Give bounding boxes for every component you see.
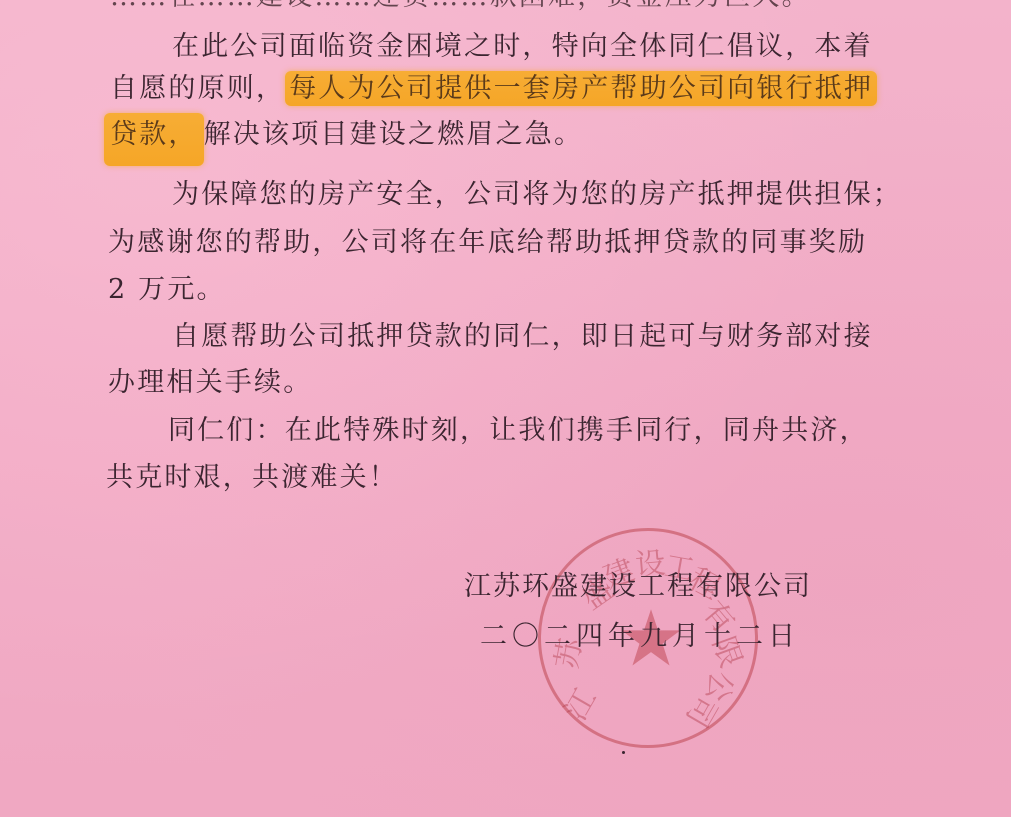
company-name: 江苏环盛建设工程有限公司 [464,564,812,603]
paragraph-2-line-1: 为保障您的房产安全，公司将为您的房产抵押提供担保； [172,178,902,212]
paragraph-1-line-2: 自愿的原则，每人为公司提供一套房产帮助公司向银行抵押 [110,72,877,106]
signature-date: 二〇二四年九月十二日 [480,614,800,653]
paragraph-4-line-1: 同仁们：在此特殊时刻，让我们携手同行，同舟共济， [168,414,869,448]
cutoff-text-line: ……在……建设……还贷……款困难，资金压力巨大。 [110,0,811,14]
paragraph-2-line-2: 为感谢您的帮助，公司将在年底给帮助抵押贷款的同事奖励 [108,226,867,260]
ink-dot [622,751,625,754]
paragraph-1-line-3-tail: 解决该项目建设之燃眉之急。 [204,119,584,150]
highlighted-text-continued: 贷款， [104,113,204,166]
highlighted-text: 每人为公司提供一套房产帮助公司向银行抵押 [285,71,877,106]
paragraph-1-line-1: 在此公司面临资金困境之时，特向全体同仁倡议，本着 [172,30,873,64]
paragraph-3-line-2: 办理相关手续。 [108,366,312,400]
seal-char: 江 [551,679,604,727]
document-page: ……在……建设……还贷……款困难，资金压力巨大。 在此公司面临资金困境之时，特向… [0,0,1011,817]
paragraph-3-line-1: 自愿帮助公司抵押贷款的同仁，即日起可与财务部对接 [172,320,873,354]
paragraph-1-line-3: 贷款，解决该项目建设之燃眉之急。 [104,118,583,152]
paragraph-1-line-2-lead: 自愿的原则， [110,73,285,104]
paragraph-4-line-2: 共克时艰，共渡难关！ [106,461,398,495]
paragraph-2-line-3: 2 万元。 [108,273,226,307]
